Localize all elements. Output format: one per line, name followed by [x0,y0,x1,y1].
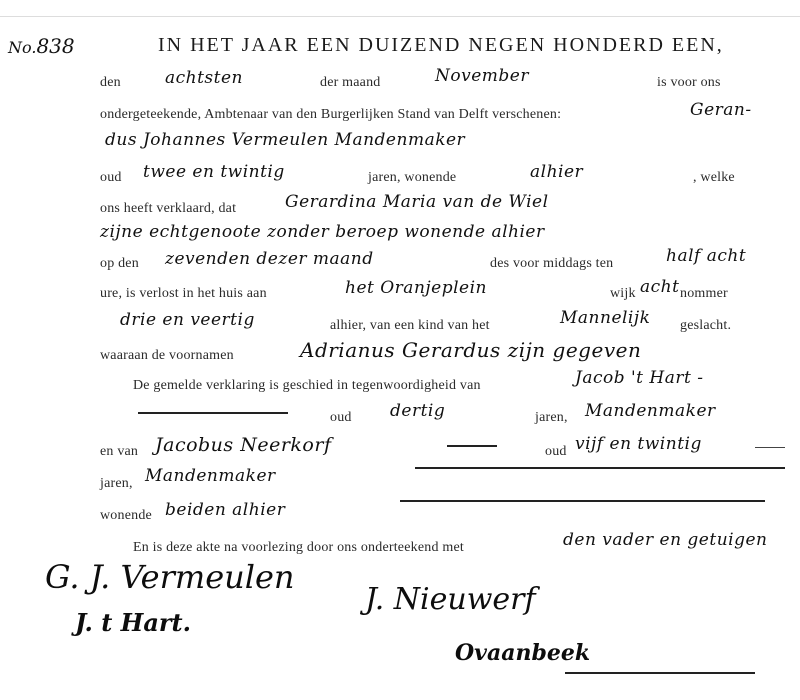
signature-father: G. J. Vermeulen [45,558,295,596]
blank-rule [400,500,765,502]
record-number-value: 838 [36,34,74,58]
label-voornamen: waaraan de voornamen [100,348,234,364]
witness1-age: dertig [390,401,445,421]
label-wijk: wijk [610,286,636,302]
signature-official: Ovaanbeek [455,640,590,666]
label-jaren-witness1: jaren, [535,410,568,426]
label-middags: des voor middags ten [490,256,613,272]
label-kind-van-het: alhier, van een kind van het [330,318,490,334]
label-verklaard: ons heeft verklaard, dat [100,201,236,217]
father-residence: alhier [530,162,583,182]
label-geslacht: geslacht. [680,318,731,334]
blank-rule [415,467,785,469]
father-name-part1: Geran- [690,100,752,120]
label-op-den: op den [100,256,139,272]
label-jaren-wonende: jaren, wonende [368,170,456,186]
child-sex: Mannelijk [560,308,650,328]
label-oud: oud [100,170,122,186]
label-wonende-witnesses: wonende [100,508,152,524]
label-verlost: ure, is verlost in het huis aan [100,286,267,302]
month-written: November [435,66,529,86]
wijk-number: acht [640,277,679,297]
child-given-names: Adrianus Gerardus zijn gegeven [300,338,641,362]
witness1-occupation: Mandenmaker [585,401,716,421]
blank-rule [138,412,288,414]
page-top-edge [0,16,800,17]
label-oud-witness2: oud [545,444,567,460]
signed-by-written: den vader en getuigen [563,530,767,550]
label-en-van: en van [100,444,138,460]
signature-underline [565,672,755,674]
witness2-occupation: Mandenmaker [145,466,276,486]
witness2-name: Jacobus Neerkorf [155,434,331,456]
birth-date-written: zevenden dezer maand [165,249,374,269]
signature-witness1: J. t Hart. [75,608,191,637]
birth-time: half acht [666,246,746,266]
blank-rule [447,445,497,447]
father-name-part2: dus Johannes Vermeulen Mandenmaker [105,130,465,150]
day-written: achtsten [165,68,243,88]
mother-description: zijne echtgenoote zonder beroep wonende … [100,222,545,242]
label-oud-witness1: oud [330,410,352,426]
label-den: den [100,75,121,91]
record-number-prefix: No. [8,38,36,57]
mother-name: Gerardina Maria van de Wiel [285,192,549,212]
record-number: No.838 [8,34,75,58]
label-der-maand: der maand [320,75,381,91]
blank-rule [755,447,785,448]
document-heading: IN HET JAAR EEN DUIZEND NEGEN HONDERD EE… [158,34,724,57]
witness2-age: vijf en twintig [575,434,702,454]
birth-street: het Oranjeplein [345,278,487,298]
label-jaren-witness2: jaren, [100,476,133,492]
label-onderteekend: En is deze akte na voorlezing door ons o… [133,540,464,556]
father-age: twee en twintig [143,162,285,182]
label-tegenwoordigheid: De gemelde verklaring is geschied in teg… [133,378,481,394]
label-is-voor-ons: is voor ons [657,75,721,91]
label-official-appeared: ondergeteekende, Ambtenaar van den Burge… [100,107,561,123]
signature-witness2: J. Nieuwerf [365,582,536,617]
label-nommer: nommer [680,286,728,302]
house-number: drie en veertig [120,310,255,330]
witness1-name: Jacob 't Hart - [575,368,703,388]
witnesses-residence: beiden alhier [165,500,285,520]
label-welke: , welke [693,170,735,186]
